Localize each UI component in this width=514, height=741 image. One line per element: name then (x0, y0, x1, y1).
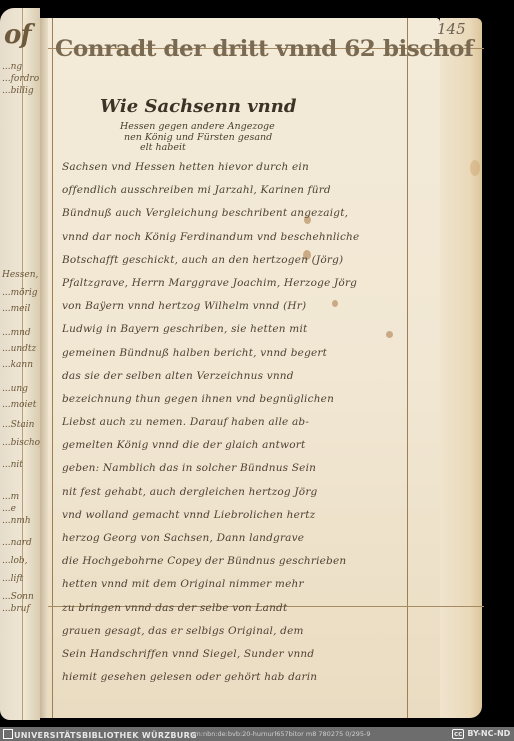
text-line: Ludwig in Bayern geschriben, sie hetten … (62, 318, 434, 341)
text-line: von Baÿern vnnd hertzog Wilhelm vnnd (Hr… (62, 295, 434, 318)
text-line: geben: Namblich das in solcher Bündnus S… (62, 457, 434, 480)
water-stain (470, 160, 480, 176)
prev-page-line: ...moiet (2, 400, 36, 410)
prev-page-line: ...kann (2, 360, 33, 370)
subtitle-line: Hessen gegen andere Angezoge (120, 122, 360, 133)
prev-page-line: ...bruf (2, 604, 30, 614)
text-line: vnnd dar noch König Ferdinandum vnd besc… (62, 226, 434, 249)
prev-page-heading-fragment: of (4, 20, 31, 50)
license-badge[interactable]: ccBY-NC-ND (452, 729, 510, 739)
prev-page-line: ...ng (2, 62, 22, 72)
text-line: gemelten König vnnd die der glaich antwo… (62, 434, 434, 457)
text-line: gemeinen Bündnuß halben bericht, vnnd be… (62, 342, 434, 365)
text-line: Sein Handschriffen vnnd Siegel, Sunder v… (62, 643, 434, 666)
urn-identifier[interactable]: urn:nbn:de:bvb:20-hurnurl657bitor m8 780… (190, 730, 371, 738)
text-line: hetten vnnd mit dem Original nimmer mehr (62, 573, 434, 596)
prev-page-line: ...mnd (2, 328, 31, 338)
image-viewer: of ...ng ...fordro ...billig Hessen, ...… (0, 0, 514, 727)
previous-page-edge: of ...ng ...fordro ...billig Hessen, ...… (0, 8, 40, 720)
prev-page-line: ...nmh (2, 516, 31, 526)
prev-page-line: ...mörig (2, 288, 37, 298)
prev-page-line: ...nit (2, 460, 23, 470)
prev-page-line: ...lift (2, 574, 23, 584)
prev-page-line: ...fordro (2, 74, 39, 84)
text-line: Bündnuß auch Vergleichung beschribent an… (62, 202, 434, 225)
text-line: nit fest gehabt, auch dergleichen hertzo… (62, 481, 434, 504)
text-line: vnd wolland gemacht vnnd Liebrolichen he… (62, 504, 434, 527)
manuscript-page-outer-margin (440, 18, 482, 718)
library-logo[interactable]: UNIVERSITÄTSBIBLIOTHEK WÜRZBURG (3, 729, 197, 740)
section-subtitle: Hessen gegen andere Angezoge nen König u… (120, 122, 360, 154)
prev-page-line: ...billig (2, 86, 34, 96)
library-logo-icon (3, 729, 13, 739)
text-line: bezeichnung thun gegen ihnen vnd begnügl… (62, 388, 434, 411)
prev-page-line: ...undtz (2, 344, 36, 354)
text-line: herzog Georg von Sachsen, Dann landgrave (62, 527, 434, 550)
prev-page-line: ...nard (2, 538, 32, 548)
chapter-heading: Conradt der dritt vnnd 62 bischof (55, 36, 391, 62)
subtitle-line: elt habeit (120, 143, 360, 154)
section-heading: Wie Sachsenn vnnd (100, 96, 296, 117)
text-line: hiemit gesehen gelesen oder gehört hab d… (62, 666, 434, 689)
text-line: Liebst auch zu nemen. Darauf haben alle … (62, 411, 434, 434)
text-line: Pfaltzgrave, Herrn Marggrave Joachim, He… (62, 272, 434, 295)
manuscript-body-text: Sachsen vnd Hessen hetten hievor durch e… (62, 156, 434, 689)
prev-page-line: ...e (2, 504, 16, 514)
text-line: Botschafft geschickt, auch an den hertzo… (62, 249, 434, 272)
text-line: offendlich ausschreiben mi Jarzahl, Kari… (62, 179, 434, 202)
creative-commons-icon: cc (452, 729, 464, 739)
prev-page-line: ...meil (2, 304, 30, 314)
footer-bar: UNIVERSITÄTSBIBLIOTHEK WÜRZBURG urn:nbn:… (0, 727, 514, 741)
text-line: das sie der selben alten Verzeichnus vnn… (62, 365, 434, 388)
prev-page-line: ...ung (2, 384, 28, 394)
prev-page-line: ...m (2, 492, 19, 502)
license-label: BY-NC-ND (467, 729, 510, 738)
text-line: die Hochgebohrne Copey der Bündnus gesch… (62, 550, 434, 573)
prev-page-line: ...lob, (2, 556, 28, 566)
left-margin-rule (52, 18, 53, 718)
prev-page-line: ...Stain (2, 420, 34, 430)
library-name: UNIVERSITÄTSBIBLIOTHEK WÜRZBURG (14, 731, 197, 740)
text-line: zu bringen vnnd das der selbe von Landt (62, 597, 434, 620)
prev-page-line: ...Sonn (2, 592, 34, 602)
text-line: grauen gesagt, das er selbigs Original, … (62, 620, 434, 643)
prev-page-line: Hessen, (2, 270, 38, 280)
text-line: Sachsen vnd Hessen hetten hievor durch e… (62, 156, 434, 179)
